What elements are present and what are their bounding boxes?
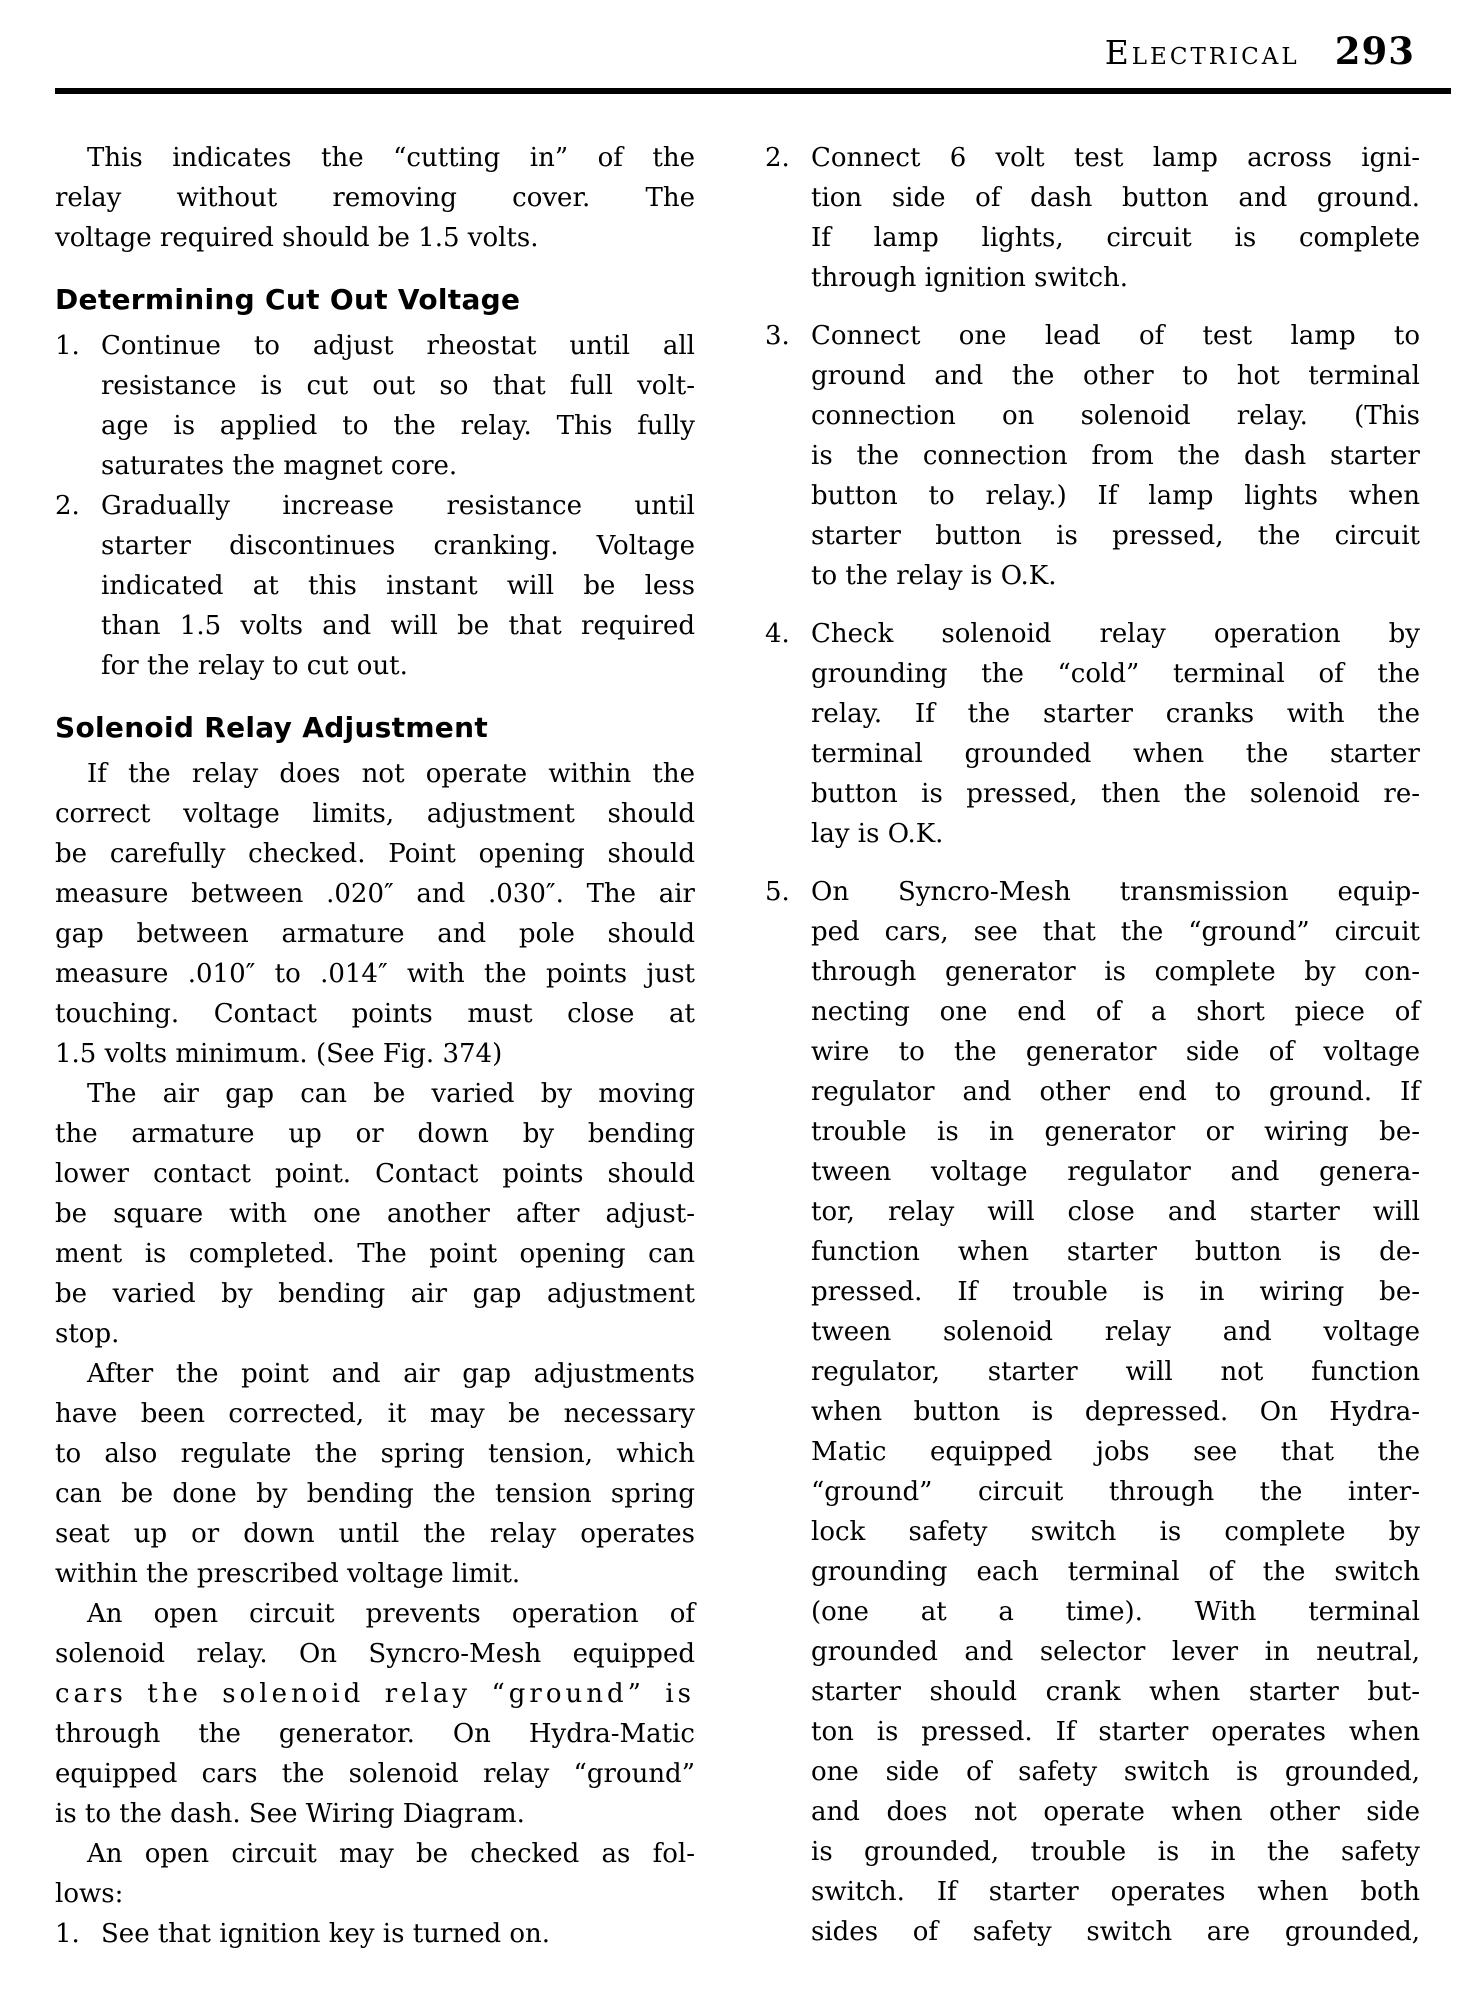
text-line: starter discontinues cranking. Voltage xyxy=(101,526,695,566)
text-line: lower contact point. Contact points shou… xyxy=(55,1154,695,1194)
text-line: is the connection from the dash starter xyxy=(811,436,1420,476)
paragraph: After the point and air gap adjustmentsh… xyxy=(55,1354,695,1594)
list-item-number: 4. xyxy=(765,614,811,854)
text-line: cars the solenoid relay “ground” is xyxy=(55,1674,695,1714)
text-line: The air gap can be varied by moving xyxy=(55,1074,695,1114)
text-line: 1.5 volts minimum. (See Fig. 374) xyxy=(55,1034,695,1074)
text-line: be varied by bending air gap adjustment xyxy=(55,1274,695,1314)
text-line: through the generator. On Hydra-Matic xyxy=(55,1714,695,1754)
text-line: terminal grounded when the starter xyxy=(811,734,1420,774)
text-line: age is applied to the relay. This fully xyxy=(101,406,695,446)
text-line: measure between .020″ and .030″. The air xyxy=(55,874,695,914)
list-item-number: 1. xyxy=(55,326,101,486)
text-line: grounding the “cold” terminal of the xyxy=(811,654,1420,694)
text-line: starter should crank when starter but- xyxy=(811,1672,1420,1712)
text-line: button to relay.) If lamp lights when xyxy=(811,476,1420,516)
text-line: one side of safety switch is grounded, xyxy=(811,1752,1420,1792)
text-line: voltage required should be 1.5 volts. xyxy=(55,218,695,258)
text-line: See that ignition key is turned on. xyxy=(101,1914,695,1954)
text-line: measure .010″ to .014″ with the points j… xyxy=(55,954,695,994)
section-title: Electrical xyxy=(1105,33,1300,72)
list-item: 5.On Syncro-Mesh transmission equip-ped … xyxy=(765,872,1420,1952)
text-line: resistance is cut out so that full volt- xyxy=(101,366,695,406)
text-line: touching. Contact points must close at xyxy=(55,994,695,1034)
list-item: 1.See that ignition key is turned on. xyxy=(55,1914,695,1954)
text-line: is grounded, trouble is in the safety xyxy=(811,1832,1420,1872)
text-line: On Syncro-Mesh transmission equip- xyxy=(811,872,1420,912)
text-line: grounding each terminal of the switch xyxy=(811,1552,1420,1592)
left-column: This indicates the “cutting in” of there… xyxy=(55,138,695,1954)
text-line: starter button is pressed, the circuit xyxy=(811,516,1420,556)
manual-page: Electrical 293 This indicates the “cutti… xyxy=(0,0,1483,1992)
text-line: grounded and selector lever in neutral, xyxy=(811,1632,1420,1672)
text-line: function when starter button is de- xyxy=(811,1232,1420,1272)
paragraph: An open circuit prevents operation ofsol… xyxy=(55,1594,695,1834)
list-item-text: Connect 6 volt test lamp across igni-tio… xyxy=(811,138,1420,298)
text-line: when button is depressed. On Hydra- xyxy=(811,1392,1420,1432)
list-item-number: 1. xyxy=(55,1914,101,1954)
list-item: 2.Connect 6 volt test lamp across igni-t… xyxy=(765,138,1420,298)
section-heading: Determining Cut Out Voltage xyxy=(55,280,695,320)
text-line: to the relay is O.K. xyxy=(811,556,1420,596)
section-heading: Solenoid Relay Adjustment xyxy=(55,708,695,748)
text-line: regulator and other end to ground. If xyxy=(811,1072,1420,1112)
text-line: ground and the other to hot terminal xyxy=(811,356,1420,396)
text-line: lay is O.K. xyxy=(811,814,1420,854)
text-line: Connect one lead of test lamp to xyxy=(811,316,1420,356)
two-column-text: This indicates the “cutting in” of there… xyxy=(55,138,1463,1954)
list-item: 1.Continue to adjust rheostat until allr… xyxy=(55,326,695,486)
text-line: be carefully checked. Point opening shou… xyxy=(55,834,695,874)
text-line: button is pressed, then the solenoid re- xyxy=(811,774,1420,814)
text-line: through generator is complete by con- xyxy=(811,952,1420,992)
text-line: have been corrected, it may be necessary xyxy=(55,1394,695,1434)
text-line: relay without removing cover. The xyxy=(55,178,695,218)
text-line: regulator, starter will not function xyxy=(811,1352,1420,1392)
text-line: tor, relay will close and starter will xyxy=(811,1192,1420,1232)
text-line: After the point and air gap adjustments xyxy=(55,1354,695,1394)
text-line: is to the dash. See Wiring Diagram. xyxy=(55,1794,695,1834)
text-line: Connect 6 volt test lamp across igni- xyxy=(811,138,1420,178)
list-item-number: 2. xyxy=(55,486,101,686)
page-header: Electrical 293 xyxy=(55,26,1463,84)
text-line: “ground” circuit through the inter- xyxy=(811,1472,1420,1512)
paragraph: If the relay does not operate within the… xyxy=(55,754,695,1074)
list-item: 4.Check solenoid relay operation bygroun… xyxy=(765,614,1420,854)
list-item-text: Connect one lead of test lamp toground a… xyxy=(811,316,1420,596)
list-item-number: 2. xyxy=(765,138,811,298)
text-line: saturates the magnet core. xyxy=(101,446,695,486)
paragraph: This indicates the “cutting in” of there… xyxy=(55,138,695,258)
text-line: solenoid relay. On Syncro-Mesh equipped xyxy=(55,1634,695,1674)
text-line: tion side of dash button and ground. xyxy=(811,178,1420,218)
header-rule xyxy=(55,88,1451,94)
text-line: correct voltage limits, adjustment shoul… xyxy=(55,794,695,834)
text-line: indicated at this instant will be less xyxy=(101,566,695,606)
text-line: tween solenoid relay and voltage xyxy=(811,1312,1420,1352)
text-line: If the relay does not operate within the xyxy=(55,754,695,794)
text-line: through ignition switch. xyxy=(811,258,1420,298)
text-line: This indicates the “cutting in” of the xyxy=(55,138,695,178)
list-item-text: See that ignition key is turned on. xyxy=(101,1914,695,1954)
text-line: equipped cars the solenoid relay “ground… xyxy=(55,1754,695,1794)
page-number: 293 xyxy=(1335,29,1415,73)
list-item-text: On Syncro-Mesh transmission equip-ped ca… xyxy=(811,872,1420,1952)
text-line: necting one end of a short piece of xyxy=(811,992,1420,1032)
text-line: the armature up or down by bending xyxy=(55,1114,695,1154)
text-line: be square with one another after adjust- xyxy=(55,1194,695,1234)
text-line: can be done by bending the tension sprin… xyxy=(55,1474,695,1514)
text-line: sides of safety switch are grounded, xyxy=(811,1912,1420,1952)
paragraph: An open circuit may be checked as fol-lo… xyxy=(55,1834,695,1914)
list-item-text: Gradually increase resistance untilstart… xyxy=(101,486,695,686)
list-item-number: 5. xyxy=(765,872,811,1952)
text-line: wire to the generator side of voltage xyxy=(811,1032,1420,1072)
text-line: An open circuit may be checked as fol- xyxy=(55,1834,695,1874)
text-line: Matic equipped jobs see that the xyxy=(811,1432,1420,1472)
text-line: within the prescribed voltage limit. xyxy=(55,1554,695,1594)
text-line: gap between armature and pole should xyxy=(55,914,695,954)
list-item-number: 3. xyxy=(765,316,811,596)
text-line: than 1.5 volts and will be that required xyxy=(101,606,695,646)
text-line: Continue to adjust rheostat until all xyxy=(101,326,695,366)
text-line: ton is pressed. If starter operates when xyxy=(811,1712,1420,1752)
list-item-text: Continue to adjust rheostat until allres… xyxy=(101,326,695,486)
text-line: tween voltage regulator and genera- xyxy=(811,1152,1420,1192)
text-line: Check solenoid relay operation by xyxy=(811,614,1420,654)
text-line: Gradually increase resistance until xyxy=(101,486,695,526)
text-line: ment is completed. The point opening can xyxy=(55,1234,695,1274)
text-line: lock safety switch is complete by xyxy=(811,1512,1420,1552)
text-line: ped cars, see that the “ground” circuit xyxy=(811,912,1420,952)
text-line: If lamp lights, circuit is complete xyxy=(811,218,1420,258)
text-line: and does not operate when other side xyxy=(811,1792,1420,1832)
list-item: 3.Connect one lead of test lamp toground… xyxy=(765,316,1420,596)
text-line: An open circuit prevents operation of xyxy=(55,1594,695,1634)
text-line: trouble is in generator or wiring be- xyxy=(811,1112,1420,1152)
text-line: seat up or down until the relay operates xyxy=(55,1514,695,1554)
text-line: (one at a time). With terminal xyxy=(811,1592,1420,1632)
text-line: connection on solenoid relay. (This xyxy=(811,396,1420,436)
text-line: stop. xyxy=(55,1314,695,1354)
paragraph: The air gap can be varied by movingthe a… xyxy=(55,1074,695,1354)
list-item: 2.Gradually increase resistance untilsta… xyxy=(55,486,695,686)
text-line: relay. If the starter cranks with the xyxy=(811,694,1420,734)
text-line: pressed. If trouble is in wiring be- xyxy=(811,1272,1420,1312)
text-line: to also regulate the spring tension, whi… xyxy=(55,1434,695,1474)
list-item-text: Check solenoid relay operation bygroundi… xyxy=(811,614,1420,854)
text-line: lows: xyxy=(55,1874,695,1914)
text-line: switch. If starter operates when both xyxy=(811,1872,1420,1912)
right-column: 2.Connect 6 volt test lamp across igni-t… xyxy=(765,138,1420,1954)
text-line: for the relay to cut out. xyxy=(101,646,695,686)
